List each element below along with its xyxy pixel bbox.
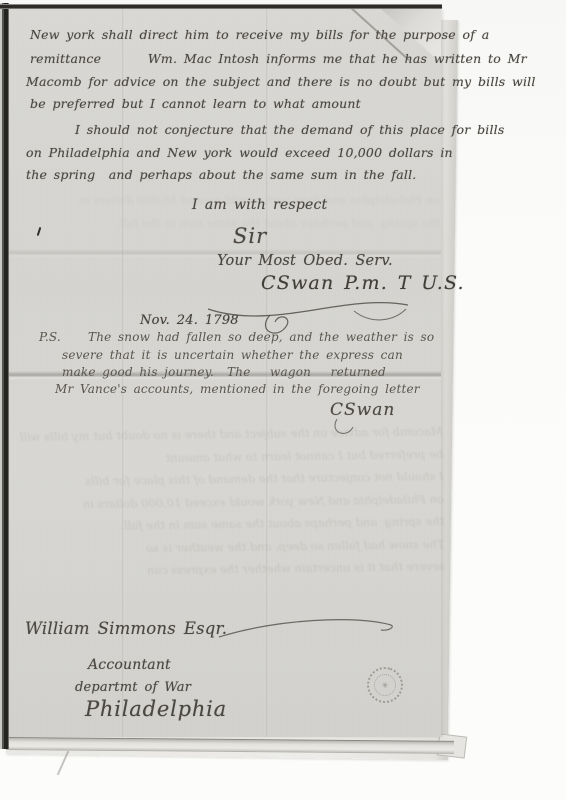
address-department: departmt of War — [75, 681, 191, 695]
ps-line: Mr Vance's accounts, mentioned in the fo… — [55, 383, 420, 396]
bleed-through-line: the spring and perhaps about the same su… — [240, 218, 440, 230]
scan-edge-top — [0, 4, 442, 9]
letter-line: remittance Wm. Mac Intosh informs me tha… — [30, 52, 527, 66]
bleed-through-text: on Philadelphia and New york would excee… — [240, 195, 440, 265]
ps-line: make good his journey. The wagon returne… — [62, 366, 386, 379]
bleed-through-line: Macomb for advice on the subject and the… — [157, 426, 443, 441]
address-flourish — [217, 615, 397, 641]
letter-line: New york shall direct him to receive my … — [30, 28, 489, 42]
scan-edge-left — [0, 3, 9, 749]
ps-label: P.S. — [39, 331, 61, 344]
bleed-through-line: on Philadelphia and New york would excee… — [240, 195, 440, 207]
ps-line: severe that it is uncertain whether the … — [62, 349, 403, 362]
scanned-letter-page: New york shall direct him to receive my … — [0, 0, 566, 800]
letter-sheet: New york shall direct him to receive my … — [9, 9, 441, 737]
address-city: Philadelphia — [85, 698, 227, 721]
bleed-through-line: on Philadelphia and New york would excee… — [158, 494, 444, 509]
letter-line: Macomb for advice on the subject and the… — [26, 75, 536, 89]
bleed-through-line: The snow had fallen so deep, and the wea… — [158, 539, 444, 554]
letter-line: the spring and perhaps about the same su… — [26, 168, 416, 182]
bleed-through-line: the spring and perhaps about the same su… — [158, 516, 444, 531]
ink-blot — [37, 227, 42, 236]
address-recipient: William Simmons Esqr. — [25, 620, 227, 638]
bleed-through-line: be preferred but I cannot learn to what … — [157, 449, 443, 464]
bleed-through-line: I should not conjecture that the demand … — [157, 471, 443, 486]
address-role: Accountant — [88, 658, 171, 673]
letter-line: be preferred but I cannot learn to what … — [30, 97, 361, 111]
bleed-through-text: Macomb for advice on the subject and the… — [157, 426, 445, 605]
bleed-through-line: severe that it is uncertain whether the … — [159, 561, 445, 576]
letter-line: on Philadelphia and New york would excee… — [26, 146, 453, 160]
letter-line: I should not conjecture that the demand … — [75, 123, 505, 137]
stamp-center: ✳ — [371, 671, 399, 699]
ps-line: The snow had fallen so deep, and the wea… — [88, 331, 434, 344]
letter-date: Nov. 24. 1798 — [140, 314, 239, 328]
circular-archive-stamp-icon: ✳ — [362, 662, 407, 707]
